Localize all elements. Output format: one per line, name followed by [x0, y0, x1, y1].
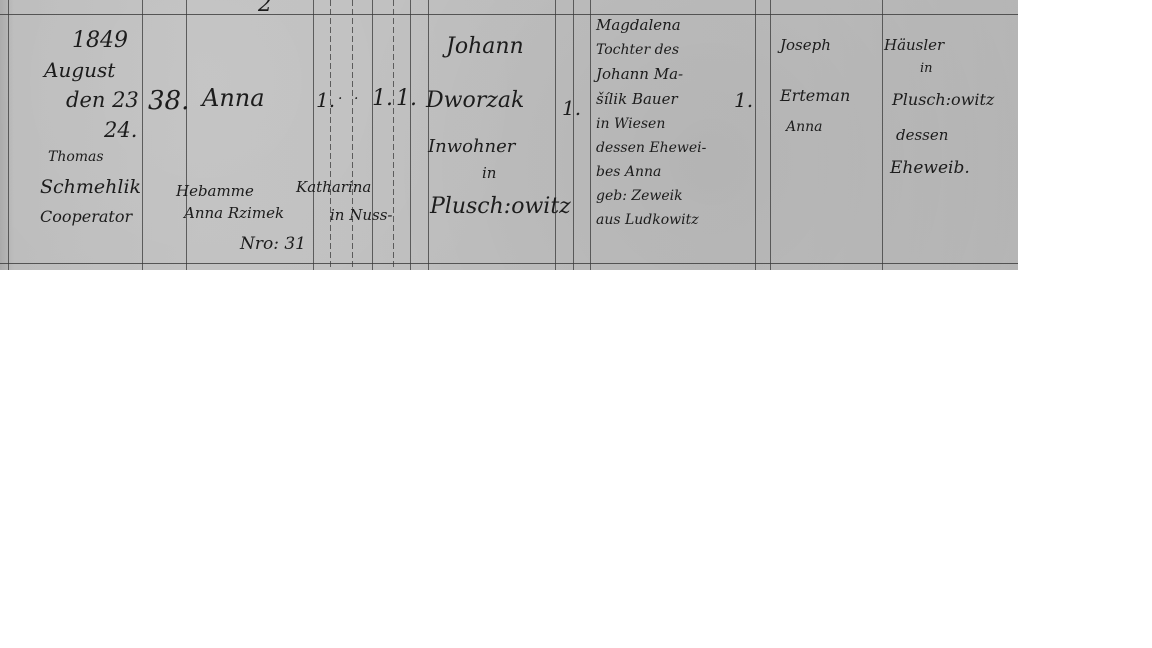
godparent-status-line-5: Eheweib.: [890, 160, 970, 177]
godparent-status-line-2: in: [920, 62, 933, 75]
column-divider: [142, 0, 143, 270]
father-place: Plusch:owitz: [430, 196, 571, 218]
column-divider: [313, 0, 314, 270]
mother-first-name: Magdalena: [596, 18, 706, 33]
father-status: Inwohner: [428, 138, 515, 156]
mother-line-9: aus Ludkowitz: [596, 213, 706, 227]
month: August: [44, 60, 115, 80]
godparent-status-line-3: Plusch:owitz: [892, 92, 994, 108]
mark-3: ·: [354, 92, 358, 106]
baptizer-title: Cooperator: [40, 209, 141, 225]
godparent-status-line-1: Häusler: [884, 38, 944, 53]
mother-line-6: dessen Ehewei-: [596, 141, 706, 155]
father-surname: Dworzak: [426, 90, 524, 112]
godparent-first-name: Joseph: [780, 38, 831, 53]
mother-line-2: Tochter des: [596, 43, 706, 57]
column-divider: [555, 0, 556, 270]
father-first-name: Johann: [446, 36, 524, 58]
mark-2: ·: [338, 92, 342, 106]
mother: Magdalena Tochter des Johann Ma- šílik B…: [596, 18, 706, 147]
mother-line-3: Johann Ma-: [596, 67, 706, 82]
column-divider: [573, 0, 574, 270]
column-divider: [186, 0, 187, 270]
top-ruling: [0, 14, 1018, 15]
bottom-ruling: [0, 263, 1018, 264]
column-divider: [372, 0, 373, 270]
mother-line-5: in Wiesen: [596, 117, 706, 131]
mother-mark: 1.: [734, 90, 753, 110]
margin-line: [8, 0, 9, 270]
birth-day: den 23: [66, 90, 139, 111]
midwife-place: in Nuss-: [330, 208, 392, 223]
column-divider: [393, 0, 394, 270]
column-divider: [755, 0, 756, 270]
house-number: 38.: [148, 88, 189, 114]
column-divider: [330, 0, 331, 270]
year: 1849: [72, 30, 128, 52]
register-scan: 2 1849 August den 23 24. Thomas Schmehli…: [0, 0, 1018, 270]
mother-line-7: bes Anna: [596, 165, 706, 179]
baptism-day: 24.: [104, 120, 137, 141]
midwife-name: Anna Rzimek: [184, 206, 284, 221]
column-divider: [428, 0, 429, 270]
column-divider: [590, 0, 591, 270]
column-divider: [352, 0, 353, 270]
baptizer: Thomas Schmehlik Cooperator: [40, 150, 141, 199]
godparent-surname: Erteman: [780, 88, 850, 104]
baptizer-surname: Schmehlik: [40, 178, 141, 197]
mark-5: 1.: [396, 88, 417, 110]
godparent-second: Anna: [786, 120, 823, 134]
mother-line-4: šílik Bauer: [596, 92, 706, 107]
godparent-status-line-4: dessen: [896, 128, 948, 143]
mark-4: 1.: [372, 88, 393, 110]
child-name: Anna: [202, 86, 265, 110]
column-divider: [770, 0, 771, 270]
midwife-place-name: Katharina: [296, 180, 371, 195]
midwife-label: Hebamme: [176, 184, 254, 199]
baptizer-first-name: Thomas: [48, 150, 149, 164]
midwife-number: Nro: 31: [240, 236, 306, 253]
column-divider: [882, 0, 883, 270]
father-in: in: [482, 166, 496, 181]
column-divider: [410, 0, 411, 270]
father-mark: 1.: [562, 98, 581, 118]
mother-line-8: geb: Zeweik: [596, 189, 706, 203]
top-fragment: 2: [258, 0, 272, 16]
mark-1: 1.: [316, 90, 335, 110]
